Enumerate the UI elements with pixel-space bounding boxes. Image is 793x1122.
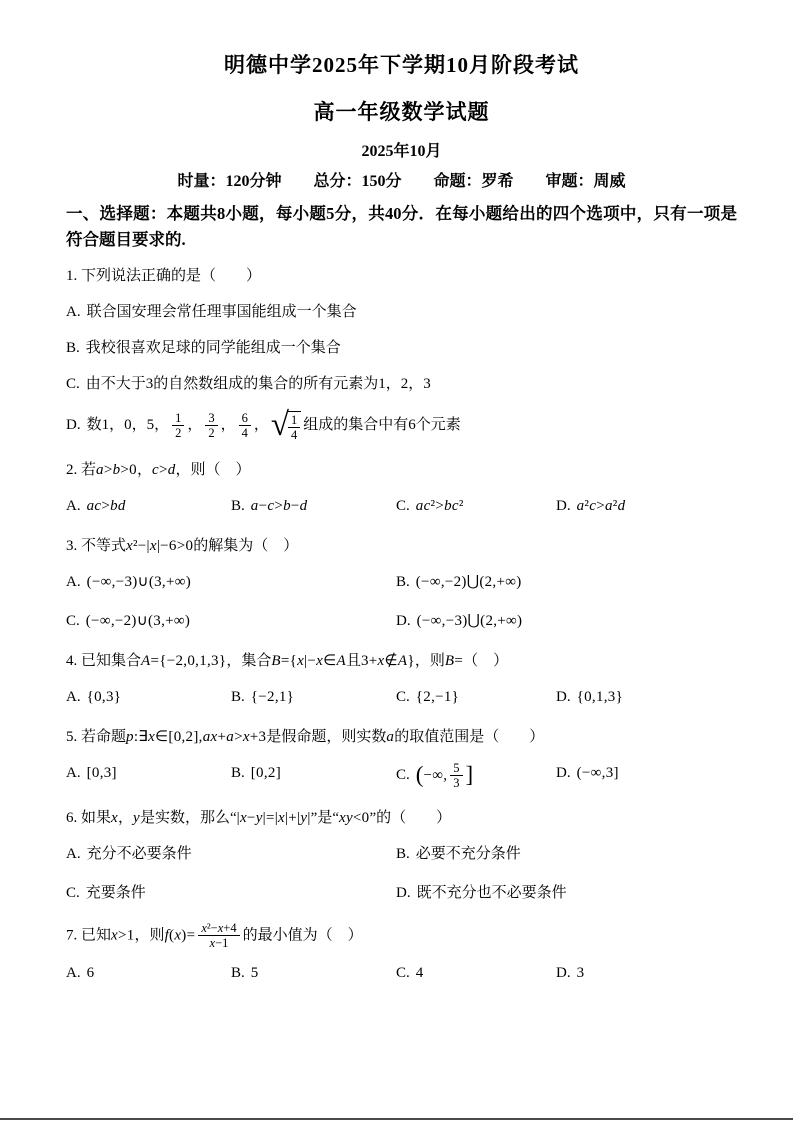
math-run: (−∞,−3)⋃(2,+∞) (417, 613, 523, 629)
question-stem: 4. 已知集合A={−2,0,1,3}，集合B={x|−x∈A且3+x∉A}，则… (66, 649, 737, 674)
text-run: 6 (87, 965, 95, 981)
option-label: D. (396, 885, 411, 901)
option-label: B. (396, 574, 410, 590)
options-group: A.ac>bdB.a−c>b−dC.ac²>bc²D.a²c>a²d (66, 494, 737, 519)
math-run: (−∞,−3)∪(3,+∞) (87, 574, 191, 590)
option-label: D. (66, 417, 81, 433)
text-run: 的取值范围是（ ） (394, 729, 544, 745)
exam-info-line: 时量：120分钟总分：150分命题：罗希审题：周威 (66, 170, 737, 193)
option-label: B. (396, 846, 410, 862)
options-group: A.[0,3]B.[0,2]C.(−∞,53]D.(−∞,3] (66, 761, 737, 791)
math-run: {2,−1} (416, 689, 459, 705)
options-group: A.充分不必要条件B.必要不充分条件C.充要条件D.既不充分也不必要条件 (66, 842, 737, 906)
exam-date: 2025年10月 (66, 140, 737, 163)
option-d: D.(−∞,3] (556, 761, 737, 791)
option-a: A.ac>bd (66, 494, 231, 519)
option-label: C. (66, 613, 80, 629)
option-c: C.4 (396, 961, 556, 986)
option-label: C. (66, 885, 80, 901)
option-label: B. (66, 340, 80, 356)
fraction: 14 (288, 413, 300, 443)
text-run: 2. 若 (66, 462, 96, 478)
math-run: (−∞,−2)⋃(2,+∞) (416, 574, 522, 590)
option-b: B.5 (231, 961, 396, 986)
option-c: C.(−∞,−2)∪(3,+∞) (66, 609, 396, 634)
question-stem: 7. 已知x>1，则f(x)=x²−x+4x−1的最小值为（ ） (66, 921, 737, 951)
exam-title: 明德中学2025年下学期10月阶段考试 (66, 50, 737, 80)
section-one-heading: 一、选择题：本题共8小题，每小题5分，共40分．在每小题给出的四个选项中，只有一… (66, 201, 737, 253)
text-run: 数1，0，5， (87, 417, 170, 433)
math-run: x (111, 810, 118, 826)
text-run: ，集合 (226, 653, 271, 669)
questions-container: 1. 下列说法正确的是（ ）A.联合国安理会常任理事国能组成一个集合B.我校很喜… (66, 264, 737, 986)
text-run: 3 (577, 965, 585, 981)
text-run: ， (221, 417, 236, 433)
option-d: D.3 (556, 961, 737, 986)
option-b: B.我校很喜欢足球的同学能组成一个集合 (66, 336, 737, 361)
fraction-numerator: 6 (239, 411, 251, 426)
text-run: ，则（ ） (176, 462, 251, 478)
math-run: {0,3} (87, 689, 122, 705)
question: 1. 下列说法正确的是（ ）A.联合国安理会常任理事国能组成一个集合B.我校很喜… (66, 264, 737, 443)
page-bottom-edge (0, 1118, 793, 1120)
exam-info-item: 命题：罗希 (434, 173, 514, 190)
option-label: B. (231, 689, 245, 705)
option-c: C.ac²>bc² (396, 494, 556, 519)
fraction-denominator: x−1 (198, 936, 239, 950)
option-label: D. (556, 689, 571, 705)
question: 3. 不等式x²−|x|−6>0的解集为（ ）A.(−∞,−3)∪(3,+∞)B… (66, 534, 737, 634)
option-label: C. (396, 767, 410, 783)
question: 5. 若命题p:∃x∈[0,2],ax+a>x+3是假命题，则实数a的取值范围是… (66, 725, 737, 791)
option-label: B. (231, 765, 245, 781)
question: 6. 如果x，y是实数，那么“|x−y|=|x|+|y|”是“xy<0”的（ ）… (66, 806, 737, 906)
text-run: 必要不充分条件 (416, 846, 521, 862)
fraction-numerator: 1 (172, 411, 184, 426)
text-run: 3. 不等式 (66, 538, 126, 554)
text-run: 组成的集合中有6个元素 (303, 417, 461, 433)
text-run: 是假命题，则实数 (266, 729, 386, 745)
fraction-denominator: 2 (172, 426, 184, 440)
text-run: （ ） (463, 653, 508, 669)
text-run: ， (254, 417, 269, 433)
option-label: B. (231, 498, 245, 514)
exam-subtitle: 高一年级数学试题 (66, 97, 737, 127)
text-run: ， (137, 462, 152, 478)
math-run: {0,1,3} (577, 689, 624, 705)
math-run: 3+x∉A} (361, 653, 415, 669)
option-c: C.{2,−1} (396, 685, 556, 710)
math-run: B={x|−x∈A (271, 653, 346, 669)
exam-info-item: 时量：120分钟 (177, 173, 281, 190)
text-run: 4. 已知集合 (66, 653, 141, 669)
option-b: B.[0,2] (231, 761, 396, 791)
option-label: D. (396, 613, 411, 629)
fraction-denominator: 3 (450, 776, 462, 790)
text-run: ”的（ ） (369, 810, 451, 826)
option-label: C. (66, 376, 80, 392)
option-a: A.(−∞,−3)∪(3,+∞) (66, 570, 396, 595)
square-root: √14 (271, 408, 301, 443)
question: 4. 已知集合A={−2,0,1,3}，集合B={x|−x∈A且3+x∉A}，则… (66, 649, 737, 710)
fraction: 53 (450, 761, 462, 791)
fraction: x²−x+4x−1 (198, 921, 239, 951)
math-run: f(x)= (165, 927, 196, 943)
option-label: A. (66, 574, 81, 590)
option-label: D. (556, 498, 571, 514)
options-group: A.联合国安理会常任理事国能组成一个集合B.我校很喜欢足球的同学能组成一个集合C… (66, 300, 737, 443)
text-run: 4 (416, 965, 424, 981)
options-group: A.6B.5C.4D.3 (66, 961, 737, 986)
math-run: A={−2,0,1,3} (141, 653, 226, 669)
math-run: (−∞,−2)∪(3,+∞) (86, 613, 190, 629)
option-label: A. (66, 498, 81, 514)
option-b: B.a−c>b−d (231, 494, 396, 519)
question-stem: 5. 若命题p:∃x∈[0,2],ax+a>x+3是假命题，则实数a的取值范围是… (66, 725, 737, 750)
option-a: A.6 (66, 961, 231, 986)
text-run: ， (118, 810, 133, 826)
fraction-numerator: 3 (205, 411, 217, 426)
option-d: D.(−∞,−3)⋃(2,+∞) (396, 609, 737, 634)
text-run: 由不大于3的自然数组成的集合的所有元素为1，2，3 (86, 376, 431, 392)
option-label: D. (556, 765, 571, 781)
option-label: C. (396, 689, 410, 705)
fraction: 12 (172, 411, 184, 441)
math-run: a>b>0 (96, 462, 137, 478)
math-run: B= (445, 653, 463, 669)
text-run: ”是“ (311, 810, 339, 826)
option-a: A.[0,3] (66, 761, 231, 791)
math-run: x²−|x|−6>0 (126, 538, 193, 554)
option-label: A. (66, 965, 81, 981)
text-run: 充要条件 (86, 885, 146, 901)
option-label: A. (66, 846, 81, 862)
text-run: 的最小值为（ ） (243, 927, 363, 943)
option-b: B.必要不充分条件 (396, 842, 737, 867)
question-stem: 6. 如果x，y是实数，那么“|x−y|=|x|+|y|”是“xy<0”的（ ） (66, 806, 737, 831)
fraction-numerator: 1 (288, 413, 300, 428)
math-run: −∞, (423, 767, 447, 783)
text-run: ，则 (415, 653, 445, 669)
exam-info-item: 审题：周威 (546, 173, 626, 190)
option-c: C.(−∞,53] (396, 761, 556, 791)
option-c: C.由不大于3的自然数组成的集合的所有元素为1，2，3 (66, 372, 737, 397)
math-run: (−∞,3] (577, 765, 619, 781)
option-label: A. (66, 304, 81, 320)
option-label: C. (396, 498, 410, 514)
fraction-denominator: 2 (205, 426, 217, 440)
math-run: x>1 (111, 927, 135, 943)
text-run: 5 (251, 965, 259, 981)
question: 2. 若a>b>0，c>d，则（ ）A.ac>bdB.a−c>b−dC.ac²>… (66, 458, 737, 519)
option-label: A. (66, 765, 81, 781)
fraction: 32 (205, 411, 217, 441)
option-label: B. (231, 965, 245, 981)
text-run: 5. 若命题 (66, 729, 126, 745)
math-run: ac>bd (87, 498, 126, 514)
math-run: {−2,1} (251, 689, 294, 705)
options-group: A.{0,3}B.{−2,1}C.{2,−1}D.{0,1,3} (66, 685, 737, 710)
math-run: [0,3] (87, 765, 117, 781)
options-group: A.(−∞,−3)∪(3,+∞)B.(−∞,−2)⋃(2,+∞)C.(−∞,−2… (66, 570, 737, 634)
fraction-numerator: 5 (450, 761, 462, 776)
math-run: p:∃x∈[0,2],ax+a>x+3 (126, 729, 266, 745)
option-d: D.既不充分也不必要条件 (396, 881, 737, 906)
exam-info-item: 总分：150分 (313, 173, 401, 190)
option-label: D. (556, 965, 571, 981)
option-d: D.a²c>a²d (556, 494, 737, 519)
radicand: 14 (287, 411, 301, 443)
math-run: a²c>a²d (577, 498, 626, 514)
text-run: 充分不必要条件 (87, 846, 192, 862)
fraction-numerator: x²−x+4 (198, 921, 239, 936)
text-run: 是实数，那么“ (140, 810, 237, 826)
stretchy-delimiter: ] (466, 762, 474, 787)
text-run: ， (187, 417, 202, 433)
text-run: 1. 下列说法正确的是（ ） (66, 268, 261, 284)
text-run: 联合国安理会常任理事国能组成一个集合 (87, 304, 357, 320)
math-run: xy<0 (339, 810, 369, 826)
question: 7. 已知x>1，则f(x)=x²−x+4x−1的最小值为（ ）A.6B.5C.… (66, 921, 737, 987)
text-run: 的解集为（ ） (193, 538, 298, 554)
option-label: A. (66, 689, 81, 705)
option-a: A.{0,3} (66, 685, 231, 710)
text-run: 7. 已知 (66, 927, 111, 943)
option-label: C. (396, 965, 410, 981)
exam-paper-page: 明德中学2025年下学期10月阶段考试 高一年级数学试题 2025年10月 时量… (0, 0, 793, 1122)
question-stem: 2. 若a>b>0，c>d，则（ ） (66, 458, 737, 483)
text-run: 既不充分也不必要条件 (417, 885, 567, 901)
fraction-denominator: 4 (288, 428, 300, 442)
text-run: ，则 (135, 927, 165, 943)
option-c: C.充要条件 (66, 881, 396, 906)
math-run: y (133, 810, 140, 826)
math-run: |x−y|=|x|+|y| (237, 810, 311, 826)
option-a: A.充分不必要条件 (66, 842, 396, 867)
math-run: ac²>bc² (416, 498, 464, 514)
stretchy-delimiter: ( (416, 762, 424, 787)
fraction: 64 (239, 411, 251, 441)
math-run: c>d (152, 462, 176, 478)
fraction-denominator: 4 (239, 426, 251, 440)
option-b: B.(−∞,−2)⋃(2,+∞) (396, 570, 737, 595)
text-run: 6. 如果 (66, 810, 111, 826)
option-d: D.{0,1,3} (556, 685, 737, 710)
math-run: [0,2] (251, 765, 281, 781)
option-d: D.数1，0，5，12，32，64，√14组成的集合中有6个元素 (66, 408, 737, 443)
question-stem: 1. 下列说法正确的是（ ） (66, 264, 737, 289)
option-b: B.{−2,1} (231, 685, 396, 710)
question-stem: 3. 不等式x²−|x|−6>0的解集为（ ） (66, 534, 737, 559)
math-run: a−c>b−d (251, 498, 308, 514)
option-a: A.联合国安理会常任理事国能组成一个集合 (66, 300, 737, 325)
text-run: 我校很喜欢足球的同学能组成一个集合 (86, 340, 341, 356)
text-run: 且 (346, 653, 361, 669)
